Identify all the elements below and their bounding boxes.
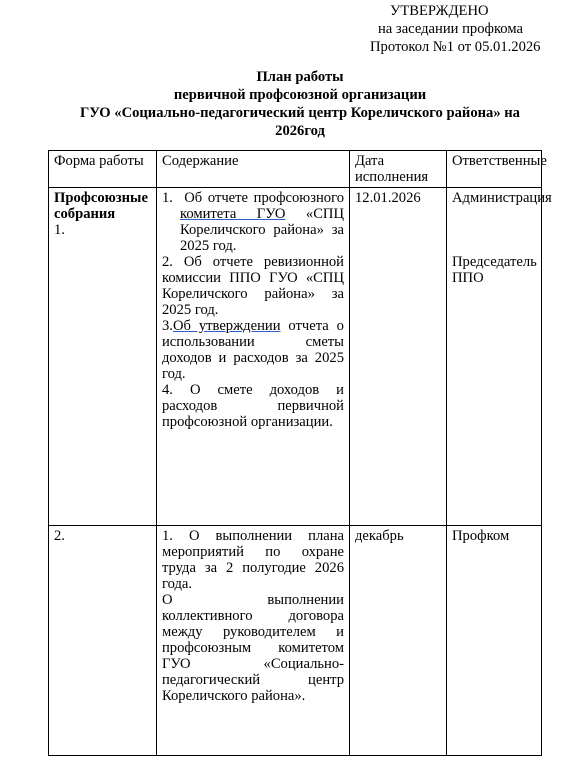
spellcheck-underlined-text: комитета ГУО: [180, 206, 285, 222]
cell-responsible: Администрация Председатель ППО: [447, 188, 542, 526]
header-content: Содержание: [157, 151, 350, 188]
content-item-3: 3.Об утверждении отчета о использовании …: [162, 318, 344, 382]
title-line-3: ГУО «Социально-педагогический центр Коре…: [40, 104, 560, 122]
content-item-1: 1. О выполнении плана мероприятий по охр…: [162, 528, 344, 592]
approval-line-3: Протокол №1 от 05.01.2026: [340, 38, 584, 56]
content-item-2: О выполнении коллективного договора межд…: [162, 592, 344, 704]
cell-content: 1. Об отчете профсоюзного комитета ГУО «…: [157, 188, 350, 526]
item-text: Об отчете профсоюзного: [184, 190, 344, 206]
content-item-1: 1. Об отчете профсоюзного комитета ГУО «…: [162, 190, 344, 254]
header-responsible: Ответственные: [447, 151, 542, 188]
table-row: 2. 1. О выполнении плана мероприятий по …: [49, 526, 542, 756]
responsible-1: Администрация: [452, 190, 536, 206]
title-line-2: первичной профсоюзной организации: [40, 86, 560, 104]
spellcheck-underlined-text: Об утверждении: [173, 318, 281, 334]
title-line-1: План работы: [40, 68, 560, 86]
cell-date: декабрь: [350, 526, 447, 756]
cell-form: Профсоюзные собрания 1.: [49, 188, 157, 526]
form-title: Профсоюзные собрания: [54, 190, 151, 222]
header-form: Форма работы: [49, 151, 157, 188]
approval-stamp: УТВЕРЖДЕНО на заседании профкома Протоко…: [340, 2, 584, 56]
item-number: 1.: [162, 190, 173, 206]
cell-date: 12.01.2026: [350, 188, 447, 526]
cell-responsible: Профком: [447, 526, 542, 756]
title-line-4: 2026год: [40, 122, 560, 140]
content-item-2: 2. Об отчете ревизионной комиссии ППО ГУ…: [162, 254, 344, 318]
approval-line-1: УТВЕРЖДЕНО: [340, 2, 584, 20]
item-number: 3.: [162, 318, 173, 334]
table-header-row: Форма работы Содержание Дата исполнения …: [49, 151, 542, 188]
cell-form: 2.: [49, 526, 157, 756]
work-plan-table: Форма работы Содержание Дата исполнения …: [48, 150, 542, 756]
approval-line-2: на заседании профкома: [340, 20, 584, 38]
form-number: 1.: [54, 222, 151, 238]
cell-content: 1. О выполнении плана мероприятий по охр…: [157, 526, 350, 756]
table-row: Профсоюзные собрания 1. 1. Об отчете про…: [49, 188, 542, 526]
content-item-4: 4. О смете доходов и расходов первичной …: [162, 382, 344, 430]
document-title: План работы первичной профсоюзной органи…: [40, 68, 560, 140]
header-date: Дата исполнения: [350, 151, 447, 188]
responsible-2: Председатель ППО: [452, 254, 536, 286]
